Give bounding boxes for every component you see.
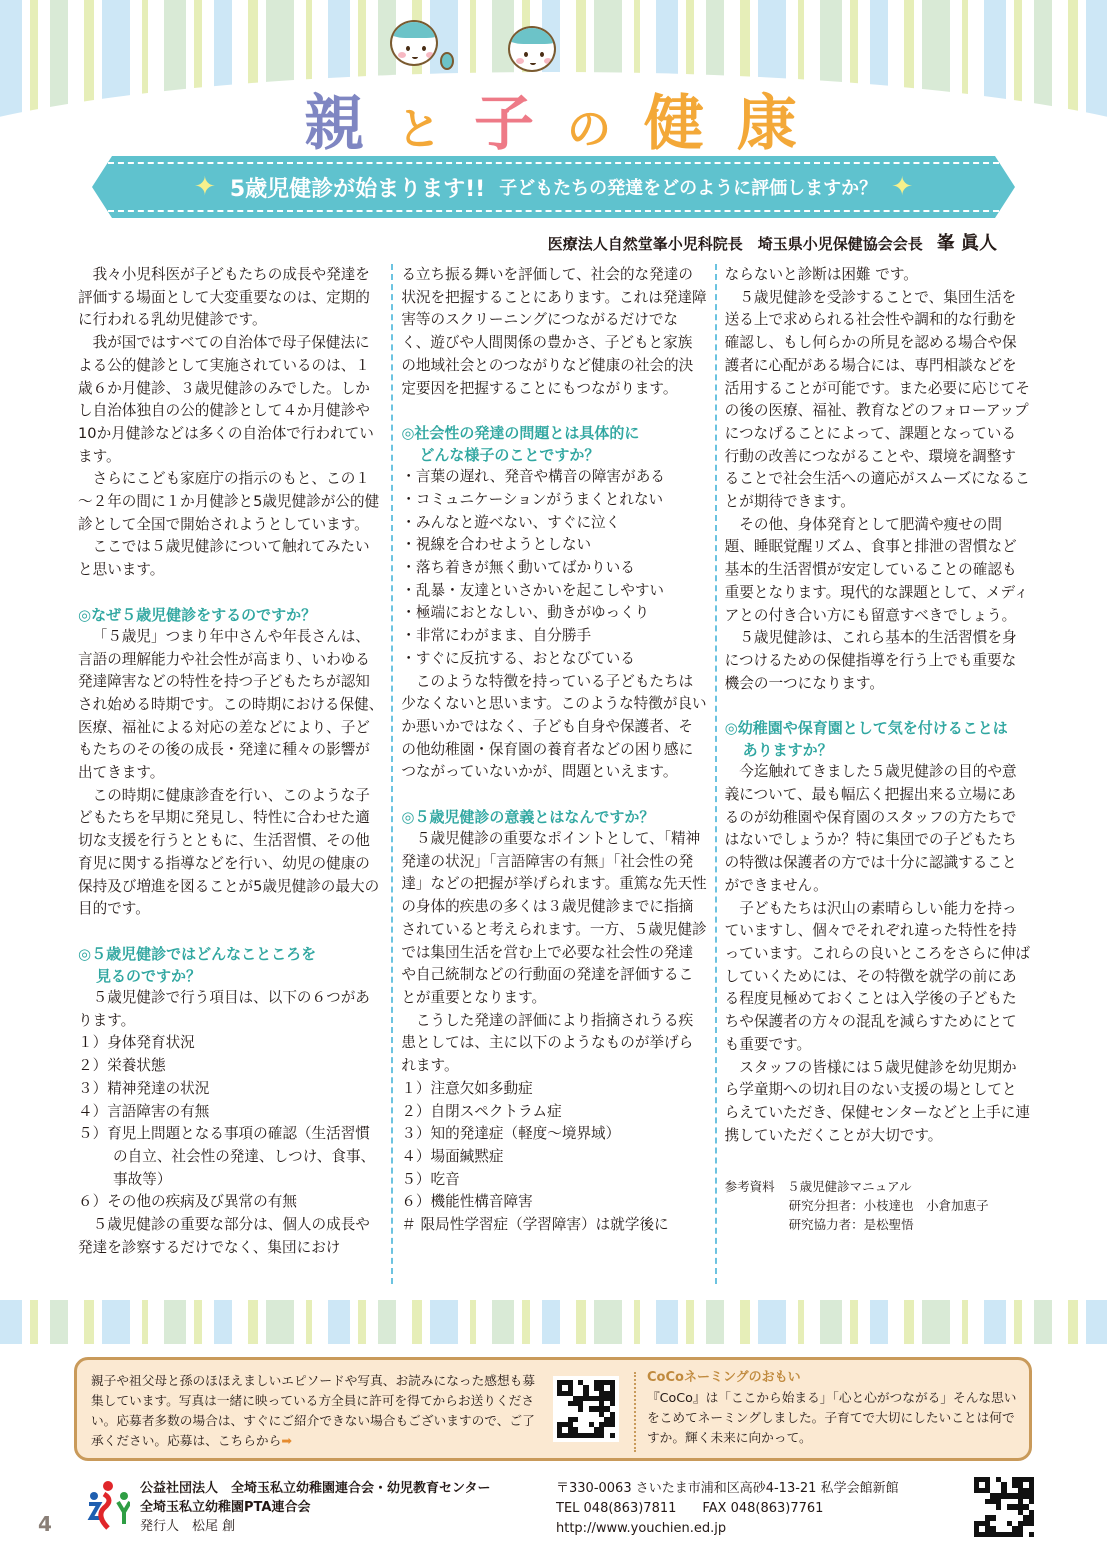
section-heading: ◎５歳児健診の意義とはなんですか？ <box>401 806 706 828</box>
paragraph: さらにこども家庭庁の指示のもと、この１～２年の間に１か月健診と5歳児健診が公的健… <box>78 468 383 536</box>
list-item: ３）精神発達の状況 <box>78 1078 383 1101</box>
list-item: ・言葉の遅れ、発音や構音の障害がある <box>401 466 706 489</box>
list-item: １）身体発育状況 <box>78 1032 383 1055</box>
list-item: ・コミュニケーションがうまくとれない <box>401 489 706 512</box>
references: 参考資料 ５歳児健診マニュアル 研究分担者：小枝達也 小倉加恵子 研究協力者：是… <box>725 1177 1030 1234</box>
title-char: 健 <box>644 76 710 162</box>
paragraph: 我が国ではすべての自治体で母子保健法による公的健診として実施されているのは、１歳… <box>78 332 383 468</box>
section-heading: ◎なぜ５歳児健診をするのですか？ <box>78 604 383 626</box>
submission-info-box: 親子や祖父母と孫のほほえましいエピソードや写真、お読みになった感想も募集していま… <box>74 1357 1032 1461</box>
heading-line: 見るのですか？ <box>78 965 383 987</box>
social-issues-list: ・言葉の遅れ、発音や構音の障害がある ・コミュニケーションがうまくとれない ・み… <box>401 466 706 670</box>
section-heading: ◎社会性の発達の問題とは具体的にどんな様子のことですか？ <box>401 422 706 466</box>
list-item: １）注意欠如多動症 <box>401 1078 706 1101</box>
list-item: ４）場面緘黙症 <box>401 1146 706 1169</box>
paragraph: ５歳児健診で行う項目は、以下の６つがあります。 <box>78 987 383 1032</box>
list-item: ・極端におとなしい、動きがゆっくり <box>401 602 706 625</box>
contact-info: 〒330-0063 さいたま市浦和区高砂4-13-21 私学会館新館 TEL 0… <box>556 1479 899 1539</box>
sparkle-icon: ✦ <box>194 172 216 202</box>
list-item: ・みんなと遊べない、すぐに泣く <box>401 512 706 535</box>
checkup-items-list: １）身体発育状況 ２）栄養状態 ３）精神発達の状況 ４）言語障害の有無 ５）育児… <box>78 1032 383 1214</box>
title-char: の <box>567 93 617 157</box>
list-item: ＃ 限局性学習症（学習障害）は就学後に <box>401 1214 706 1237</box>
paragraph: こうした発達の評価により指摘されうる疾患としては、主に以下のようなものが挙げられ… <box>401 1010 706 1078</box>
naming-note: CoCoネーミングのおもい 『CoCo』は「ここから始まる」「心と心がつながる」… <box>647 1368 1027 1448</box>
submission-qr-code[interactable] <box>553 1376 619 1442</box>
list-item: ５）吃音 <box>401 1169 706 1192</box>
article-body: 我々小児科医が子どもたちの成長や発達を評価する場面として大変重要なのは、定期的に… <box>74 264 1034 1284</box>
reference-line: 研究分担者：小枝達也 小倉加恵子 <box>725 1196 1030 1215</box>
title-char: 親 <box>304 76 370 162</box>
heading-line: どんな様子のことですか？ <box>401 444 706 466</box>
list-item: ・乱暴・友達といさかいを起こしやすい <box>401 580 706 603</box>
heading-line: ◎５歳児健診ではどんなこところを <box>78 945 316 963</box>
column-2: る立ち振る舞いを評価して、社会的な発達の状況を把握することにあります。これは発達… <box>397 264 710 1284</box>
column-divider <box>715 264 717 1284</box>
author-byline: 医療法人自然堂峯小児科院長 埼玉県小児保健協会会長峯 眞人 <box>548 229 997 255</box>
list-item: ２）栄養状態 <box>78 1055 383 1078</box>
org-pta: 全埼玉私立幼稚園PTA連合会 <box>140 1498 490 1517</box>
list-item: ・非常にわがまま、自分勝手 <box>401 625 706 648</box>
title-char: と <box>397 93 447 157</box>
phone-fax: TEL 048(863)7811 FAX 048(863)7761 <box>556 1499 899 1519</box>
section-heading: ◎５歳児健診ではどんなこところを見るのですか？ <box>78 943 383 987</box>
list-item: ２）自閉スペクトラム症 <box>401 1101 706 1124</box>
submission-text: 親子や祖父母と孫のほほえましいエピソードや写真、お読みになった感想も募集していま… <box>91 1371 546 1451</box>
page-number: 4 <box>38 1512 52 1536</box>
reference-title: 参考資料 ５歳児健診マニュアル <box>725 1177 1030 1196</box>
paragraph: ここでは５歳児健診について触れてみたいと思います。 <box>78 536 383 581</box>
paragraph: ５歳児健診の重要なポイントとして、「精神発達の状況」「言語障害の有無」「社会性の… <box>401 828 706 1010</box>
address: 〒330-0063 さいたま市浦和区高砂4-13-21 私学会館新館 <box>556 1479 899 1499</box>
heading-line: ◎幼稚園や保育園として気を付けることは <box>725 719 1008 737</box>
paragraph: その他、身体発育として肥満や痩せの問題、睡眠覚醒リズム、食事と排泄の習慣など基本… <box>725 514 1030 628</box>
list-item: ６）その他の疾病及び異常の有無 <box>78 1191 383 1214</box>
publisher-name: 発行人 松尾 創 <box>140 1517 490 1536</box>
paragraph: ５歳児健診は、これら基本的生活習慣を身につけるための保健指導を行う上でも重要な機… <box>725 627 1030 695</box>
paragraph: 我々小児科医が子どもたちの成長や発達を評価する場面として大変重要なのは、定期的に… <box>78 264 383 332</box>
list-item: ・すぐに反抗する、おとなびている <box>401 648 706 671</box>
naming-text: 『CoCo』は「ここから始まる」「心と心がつながる」そんな思いをこめてネーミング… <box>647 1388 1027 1448</box>
conditions-list: １）注意欠如多動症 ２）自閉スペクトラム症 ３）知的発達症（軽度～境界域） ４）… <box>401 1078 706 1237</box>
page-title: 親 と 子 の 健 康 <box>0 76 1107 162</box>
headline-sub: 子どもたちの発達をどのように評価しますか？ <box>499 174 877 200</box>
list-item: ・落ち着きが無く動いてばかりいる <box>401 557 706 580</box>
paragraph: 今迄触れてきました５歳児健診の目的や意義について、最も幅広く把握出来る立場にある… <box>725 761 1030 897</box>
website-qr-code[interactable] <box>974 1477 1034 1537</box>
column-divider <box>391 264 393 1284</box>
naming-heading: CoCoネーミングのおもい <box>647 1368 1027 1388</box>
info-divider <box>634 1372 636 1452</box>
paragraph: る立ち振る舞いを評価して、社会的な発達の状況を把握することにあります。これは発達… <box>401 264 706 400</box>
paragraph: このような特徴を持っている子どもたちは少なくないと思います。このような特徴が良い… <box>401 671 706 785</box>
author-name: 峯 眞人 <box>937 233 997 254</box>
paragraph: ならないと診断は困難 です。 <box>725 264 1030 287</box>
paragraph: この時期に健康診査を行い、このような子どもたちを早期に発見し、特性に合わせた適切… <box>78 785 383 921</box>
list-item: ・視線を合わせようとしない <box>401 534 706 557</box>
column-3: ならないと診断は困難 です。 ５歳児健診を受診することで、集団生活を送る上で求め… <box>721 264 1034 1284</box>
footer-stripes <box>0 1300 1107 1344</box>
column-1: 我々小児科医が子どもたちの成長や発達を評価する場面として大変重要なのは、定期的に… <box>74 264 387 1284</box>
headline-main: 5歳児健診が始まります!! <box>230 172 485 203</box>
list-item: ３）知的発達症（軽度～境界域） <box>401 1123 706 1146</box>
submission-message: 親子や祖父母と孫のほほえましいエピソードや写真、お読みになった感想も募集していま… <box>91 1373 535 1448</box>
paragraph: ５歳児健診を受診することで、集団生活を送る上で求められる社会性や調和的な行動を確… <box>725 287 1030 514</box>
arrow-right-icon: ➡ <box>281 1433 292 1448</box>
paragraph: ５歳児健診の重要な部分は、個人の成長や発達を診察するだけでなく、集団におけ <box>78 1214 383 1259</box>
title-char: 康 <box>737 76 803 162</box>
list-item: ６）機能性構音障害 <box>401 1191 706 1214</box>
organization-logo-icon <box>86 1478 130 1534</box>
heading-line: ありますか？ <box>725 739 1030 761</box>
paragraph: 「５歳児」つまり年中さんや年長さんは、言語の理解能力や社会性が高まり、いわゆる発… <box>78 626 383 785</box>
org-name: 公益社団法人 全埼玉私立幼稚園連合会・幼児教育センター <box>140 1479 490 1498</box>
website-link[interactable]: http://www.youchien.ed.jp <box>556 1519 899 1539</box>
headline-banner-text: ✦ 5歳児健診が始まります!! 子どもたちの発達をどのように評価しますか？ ✦ <box>108 162 999 212</box>
sparkle-icon: ✦ <box>891 172 913 202</box>
title-char: 子 <box>474 76 540 162</box>
list-item: ４）言語障害の有無 <box>78 1101 383 1124</box>
paragraph: 子どもたちは沢山の素晴らしい能力を持っていますし、個々でそれぞれ違った特性を持っ… <box>725 898 1030 1057</box>
paragraph: スタッフの皆様には５歳児健診を幼児期から学童期への切れ目のない支援の場としてとら… <box>725 1057 1030 1148</box>
list-item: ５）育児上問題となる事項の確認（生活習慣の自立、社会性の発達、しつけ、食事、事故… <box>78 1123 383 1191</box>
reference-line: 研究協力者：是松聖悟 <box>725 1215 1030 1234</box>
section-heading: ◎幼稚園や保育園として気を付けることはありますか？ <box>725 717 1030 761</box>
author-affiliation: 医療法人自然堂峯小児科院長 埼玉県小児保健協会会長 <box>548 235 923 253</box>
publisher-info: 公益社団法人 全埼玉私立幼稚園連合会・幼児教育センター 全埼玉私立幼稚園PTA連… <box>140 1479 490 1536</box>
heading-line: ◎社会性の発達の問題とは具体的に <box>401 424 639 442</box>
